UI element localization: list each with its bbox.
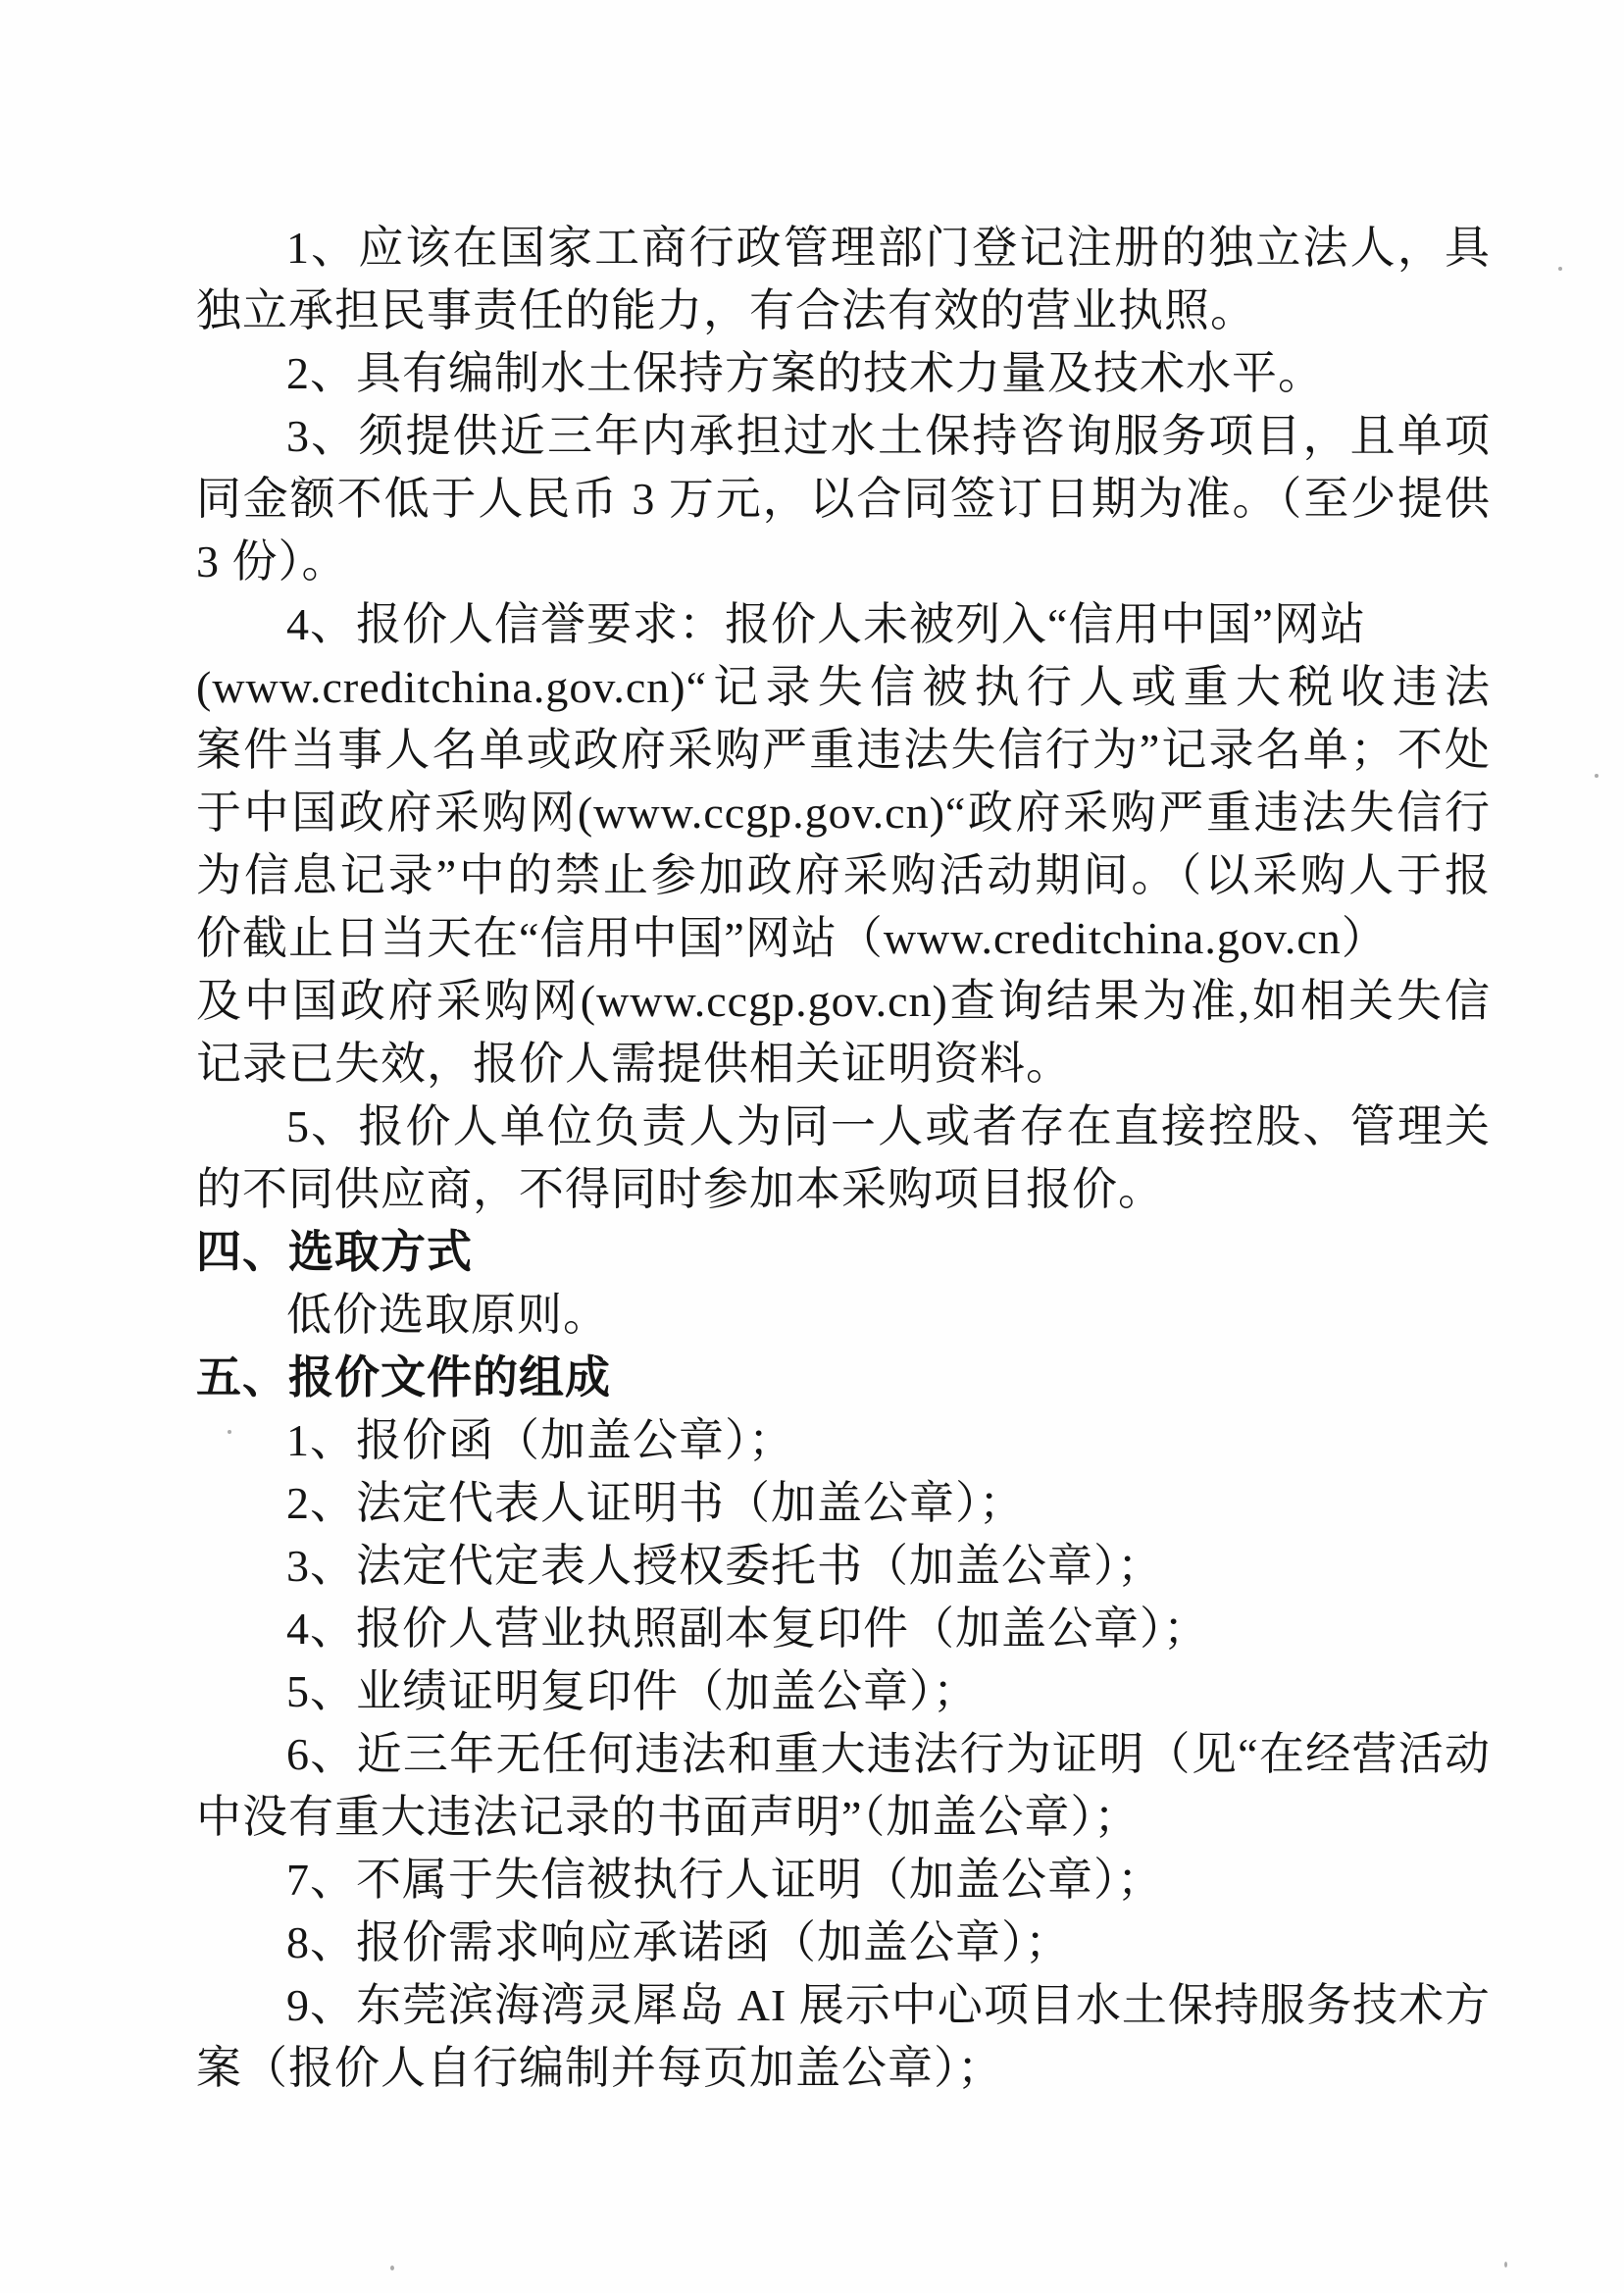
scan-speck [390, 2266, 394, 2270]
document-line: 7、不属于失信被执行人证明（加盖公章）； [196, 1849, 1491, 1911]
document-line: 4、报价人营业执照副本复印件（加盖公章）； [196, 1598, 1491, 1660]
document-line: 的不同供应商，不得同时参加本采购项目报价。 [196, 1158, 1491, 1221]
scanned-document-page: 1、应该在国家工商行政管理部门登记注册的独立法人，具有独立承担民事责任的能力，有… [0, 0, 1624, 2293]
document-line: 案件当事人名单或政府采购严重违法失信行为”记录名单；不处 [196, 719, 1491, 782]
document-line: 于中国政府采购网(www.ccgp.gov.cn)“政府采购严重违法失信行 [196, 782, 1491, 844]
scan-speck [228, 1430, 231, 1434]
document-line: 3、须提供近三年内承担过水土保持咨询服务项目，且单项合 [196, 405, 1491, 468]
scan-speck [1558, 267, 1562, 271]
document-line: 中没有重大违法记录的书面声明”（加盖公章）； [196, 1786, 1491, 1849]
document-line: 及中国政府采购网(www.ccgp.gov.cn)查询结果为准,如相关失信 [196, 970, 1491, 1033]
document-line: 3 份）。 [196, 531, 1491, 593]
document-line: 1、报价函（加盖公章）； [196, 1409, 1491, 1472]
document-line: 为信息记录”中的禁止参加政府采购活动期间。（以采购人于报 [196, 844, 1491, 907]
section-heading: 四、选取方式 [196, 1221, 1491, 1284]
scan-speck [1595, 774, 1599, 778]
document-line: 3、法定代定表人授权委托书（加盖公章）； [196, 1535, 1491, 1598]
document-line: 6、近三年无任何违法和重大违法行为证明（见“在经营活动 [196, 1723, 1491, 1786]
document-line: 9、东莞滨海湾灵犀岛 AI 展示中心项目水土保持服务技术方 [196, 1974, 1491, 2037]
document-line: 独立承担民事责任的能力，有合法有效的营业执照。 [196, 280, 1491, 342]
document-line: 5、报价人单位负责人为同一人或者存在直接控股、管理关系 [196, 1096, 1491, 1158]
document-line: 2、法定代表人证明书（加盖公章）； [196, 1472, 1491, 1535]
document-line: 4、报价人信誉要求：报价人未被列入“信用中国”网站 [196, 593, 1491, 656]
document-line: 2、具有编制水土保持方案的技术力量及技术水平。 [196, 342, 1491, 405]
document-line: 同金额不低于人民币 3 万元，以合同签订日期为准。（至少提供 [196, 468, 1491, 531]
document-line: 价截止日当天在“信用中国”网站（www.creditchina.gov.cn） [196, 907, 1491, 970]
section-heading: 五、报价文件的组成 [196, 1347, 1491, 1409]
scan-speck [1504, 2262, 1507, 2268]
document-line: 记录已失效，报价人需提供相关证明资料。 [196, 1033, 1491, 1096]
document-line: 1、应该在国家工商行政管理部门登记注册的独立法人，具有 [196, 217, 1491, 280]
document-line: 低价选取原则。 [196, 1284, 1491, 1347]
document-line: 8、报价需求响应承诺函（加盖公章）； [196, 1911, 1491, 1974]
document-text-block: 1、应该在国家工商行政管理部门登记注册的独立法人，具有独立承担民事责任的能力，有… [196, 217, 1491, 2100]
document-line: 案（报价人自行编制并每页加盖公章）； [196, 2037, 1491, 2100]
document-line: 5、业绩证明复印件（加盖公章）； [196, 1660, 1491, 1723]
document-line: (www.creditchina.gov.cn)“记录失信被执行人或重大税收违法 [196, 656, 1491, 719]
